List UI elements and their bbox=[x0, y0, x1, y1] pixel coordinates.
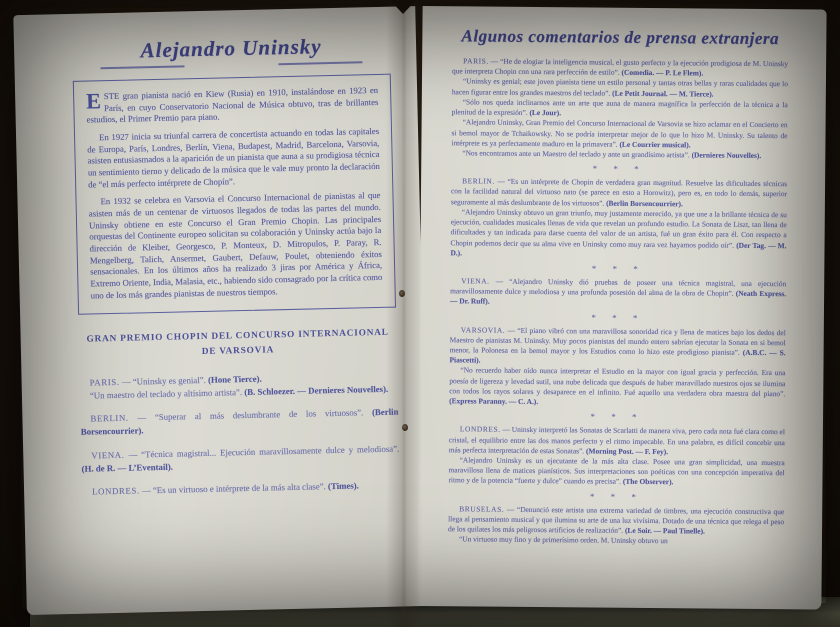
press-paragraph: “Alejandro Uninsky obtuvo un gran triunf… bbox=[450, 207, 786, 261]
entry-city-label: LONDRES. bbox=[92, 486, 140, 497]
stars-separator: * * * bbox=[451, 162, 787, 175]
dropcap-letter: E bbox=[86, 92, 101, 110]
press-section-londres: LONDRES. — Uninsky interpretó las Sonata… bbox=[448, 425, 785, 503]
staple-hole-top bbox=[399, 290, 405, 297]
section-city-label: BRUSELAS. bbox=[459, 504, 504, 513]
press-entry-line: BERLIN. — “Superar al más deslumbrante d… bbox=[80, 406, 398, 439]
quote-text: “Un virtuoso muy fino y de primerísimo o… bbox=[459, 535, 668, 546]
quote-text: — “Uninsky es genial”. bbox=[122, 375, 206, 387]
press-section-berlin: BERLIN. — “Es un intérprete de Chopin de… bbox=[450, 176, 787, 275]
quote-source: (Le Courrier musical). bbox=[619, 139, 690, 149]
press-entry-viena: VIENA. — “Técnica magistral... Ejecución… bbox=[81, 443, 399, 476]
press-entry-berlin: BERLIN. — “Superar al más deslumbrante d… bbox=[80, 406, 398, 439]
right-page-content: Algunos comentarios de prensa extranjera… bbox=[418, 6, 827, 548]
quote-text: “Sólo nos queda inclinarnos ante un arte… bbox=[452, 97, 788, 117]
press-entry-line: LONDRES. — “Es un virtuoso e intérprete … bbox=[82, 479, 400, 499]
quote-text: — “Es un virtuoso e intérprete de la más… bbox=[142, 482, 326, 496]
press-section-varsovia: VARSOVIA. — “El piano vibró con una mara… bbox=[449, 325, 786, 424]
quote-source: (Hone Tierce). bbox=[208, 374, 262, 385]
quote-text: — “Superar al más deslumbrante de los vi… bbox=[137, 408, 363, 423]
press-paragraph: VARSOVIA. — “El piano vibró con una mara… bbox=[449, 325, 785, 369]
press-paragraph: “Sólo nos queda inclinarnos ante un arte… bbox=[452, 97, 788, 120]
section-city-label: VARSOVIA. bbox=[461, 325, 506, 334]
quote-source: (Le Soir. — Paul Tinelle). bbox=[625, 526, 705, 536]
press-section-viena: VIENA. — “Alejandro Uninsky dió pruebas … bbox=[450, 276, 786, 324]
stars-separator: * * * bbox=[450, 311, 786, 324]
press-entry-londres: LONDRES. — “Es un virtuoso e intérprete … bbox=[82, 479, 400, 499]
bio-paragraph: En 1932 se celebra en Varsovia el Concur… bbox=[88, 190, 382, 302]
section-city-label: PARIS. bbox=[463, 56, 489, 65]
title-rule-right bbox=[278, 61, 362, 65]
left-page-content: Alejandro Uninsky ESTE gran pianista nac… bbox=[13, 6, 426, 500]
bio-paragraph: ESTE gran pianista nació en Kiew (Rusia)… bbox=[86, 85, 379, 127]
left-page-title: Alejandro Uninsky bbox=[72, 33, 390, 65]
quote-source: (H. de R. — L’Eventail). bbox=[81, 461, 173, 473]
press-paragraph: “Alejandro Uninsky es un ejecutante de l… bbox=[448, 455, 784, 489]
press-paragraph: “Uninsky es genial; este joven pianista … bbox=[452, 77, 788, 100]
quote-source: (Comedia. — P. Le Flem). bbox=[622, 68, 704, 78]
right-page-title: Algunos comentarios de prensa extranjera bbox=[452, 26, 788, 49]
quote-text: “Un maestro del teclado y altísimo artis… bbox=[90, 387, 242, 400]
stars-separator: * * * bbox=[448, 490, 784, 503]
section-city-label: LONDRES. bbox=[460, 425, 501, 434]
left-page: Alejandro Uninsky ESTE gran pianista nac… bbox=[13, 6, 429, 615]
right-page: Algunos comentarios de prensa extranjera… bbox=[417, 6, 826, 610]
title-rule-left bbox=[101, 65, 185, 69]
quote-source: (Morning Post. — F. Fey). bbox=[586, 446, 668, 456]
quote-text: — “He de elogiar la inteligencia musical… bbox=[452, 57, 788, 77]
quote-source: (Le Petit Journal. — M. Tierce). bbox=[612, 88, 713, 98]
press-paragraph: LONDRES. — Uninsky interpretó las Sonata… bbox=[449, 425, 785, 459]
quote-text: “Nos encontramos ante un Maestro del tec… bbox=[462, 148, 689, 159]
bio-paragraph: En 1927 inicia su triunfal carrera de co… bbox=[87, 126, 380, 191]
quote-text: — “Técnica magistral... Ejecución maravi… bbox=[128, 444, 399, 460]
quote-source: (Le Jour). bbox=[529, 108, 561, 117]
quote-source: (Dernieres Nouvelles). bbox=[692, 150, 762, 160]
press-entries: PARIS. — “Uninsky es genial”. (Hone Tier… bbox=[80, 370, 401, 499]
biography-box: ESTE gran pianista nació en Kiew (Rusia)… bbox=[73, 74, 396, 315]
quote-source: (Express Paranny. — C. A.). bbox=[449, 396, 538, 406]
press-section-paris: PARIS. — “He de elogiar la inteligencia … bbox=[451, 56, 788, 175]
quote-source: (B. Schloezer. — Dernieres Nouvelles). bbox=[244, 384, 388, 397]
section-heading: GRAN PREMIO CHOPIN DEL CONCURSO INTERNAC… bbox=[79, 326, 398, 362]
entry-city-label: VIENA. bbox=[91, 450, 124, 461]
entry-city-label: PARIS. bbox=[90, 377, 120, 388]
top-fold-notch bbox=[388, 0, 418, 14]
section-city-label: VIENA. bbox=[461, 276, 490, 285]
press-paragraph: BERLIN. — “Es un intérprete de Chopin de… bbox=[451, 176, 787, 210]
press-paragraph: PARIS. — “He de elogiar la inteligencia … bbox=[452, 56, 788, 79]
press-paragraph: VIENA. — “Alejandro Uninsky dió pruebas … bbox=[450, 276, 786, 310]
press-paragraph: BRUSELAS. — “Denunció este artista una e… bbox=[448, 504, 784, 538]
quote-text: “Alejandro Uninsky es un ejecutante de l… bbox=[448, 455, 784, 486]
press-entry-paris: PARIS. — “Uninsky es genial”. (Hone Tier… bbox=[80, 370, 398, 403]
photo-background: Alejandro Uninsky ESTE gran pianista nac… bbox=[0, 0, 840, 627]
press-section-bruselas: BRUSELAS. — “Denunció este artista una e… bbox=[448, 504, 784, 548]
press-entry-line: VIENA. — “Técnica magistral... Ejecución… bbox=[81, 443, 399, 476]
section-city-label: BERLIN. bbox=[462, 177, 495, 186]
bio-paragraph-text: STE gran pianista nació en Kiew (Rusia) … bbox=[87, 85, 379, 125]
staple-hole-bottom bbox=[402, 424, 408, 431]
quote-source: (Berlin Borsencourrier). bbox=[606, 198, 683, 208]
stars-separator: * * * bbox=[450, 262, 786, 275]
press-paragraph: “Un virtuoso muy fino y de primerísimo o… bbox=[448, 535, 784, 548]
stars-separator: * * * bbox=[449, 411, 785, 424]
quote-text: “No recuerdo haber oído nunca interpreta… bbox=[449, 366, 785, 398]
press-paragraph: “Nos encontramos ante un Maestro del tec… bbox=[451, 148, 787, 161]
program-booklet: Alejandro Uninsky ESTE gran pianista nac… bbox=[18, 3, 826, 609]
entry-city-label: BERLIN. bbox=[90, 413, 128, 424]
quote-source: (The Observer). bbox=[623, 477, 674, 486]
quote-source: (Times). bbox=[328, 481, 359, 492]
press-paragraph: “Alejandro Uninsky, Gran Premio del Conc… bbox=[451, 118, 787, 152]
press-paragraph: “No recuerdo haber oído nunca interpreta… bbox=[449, 366, 785, 410]
